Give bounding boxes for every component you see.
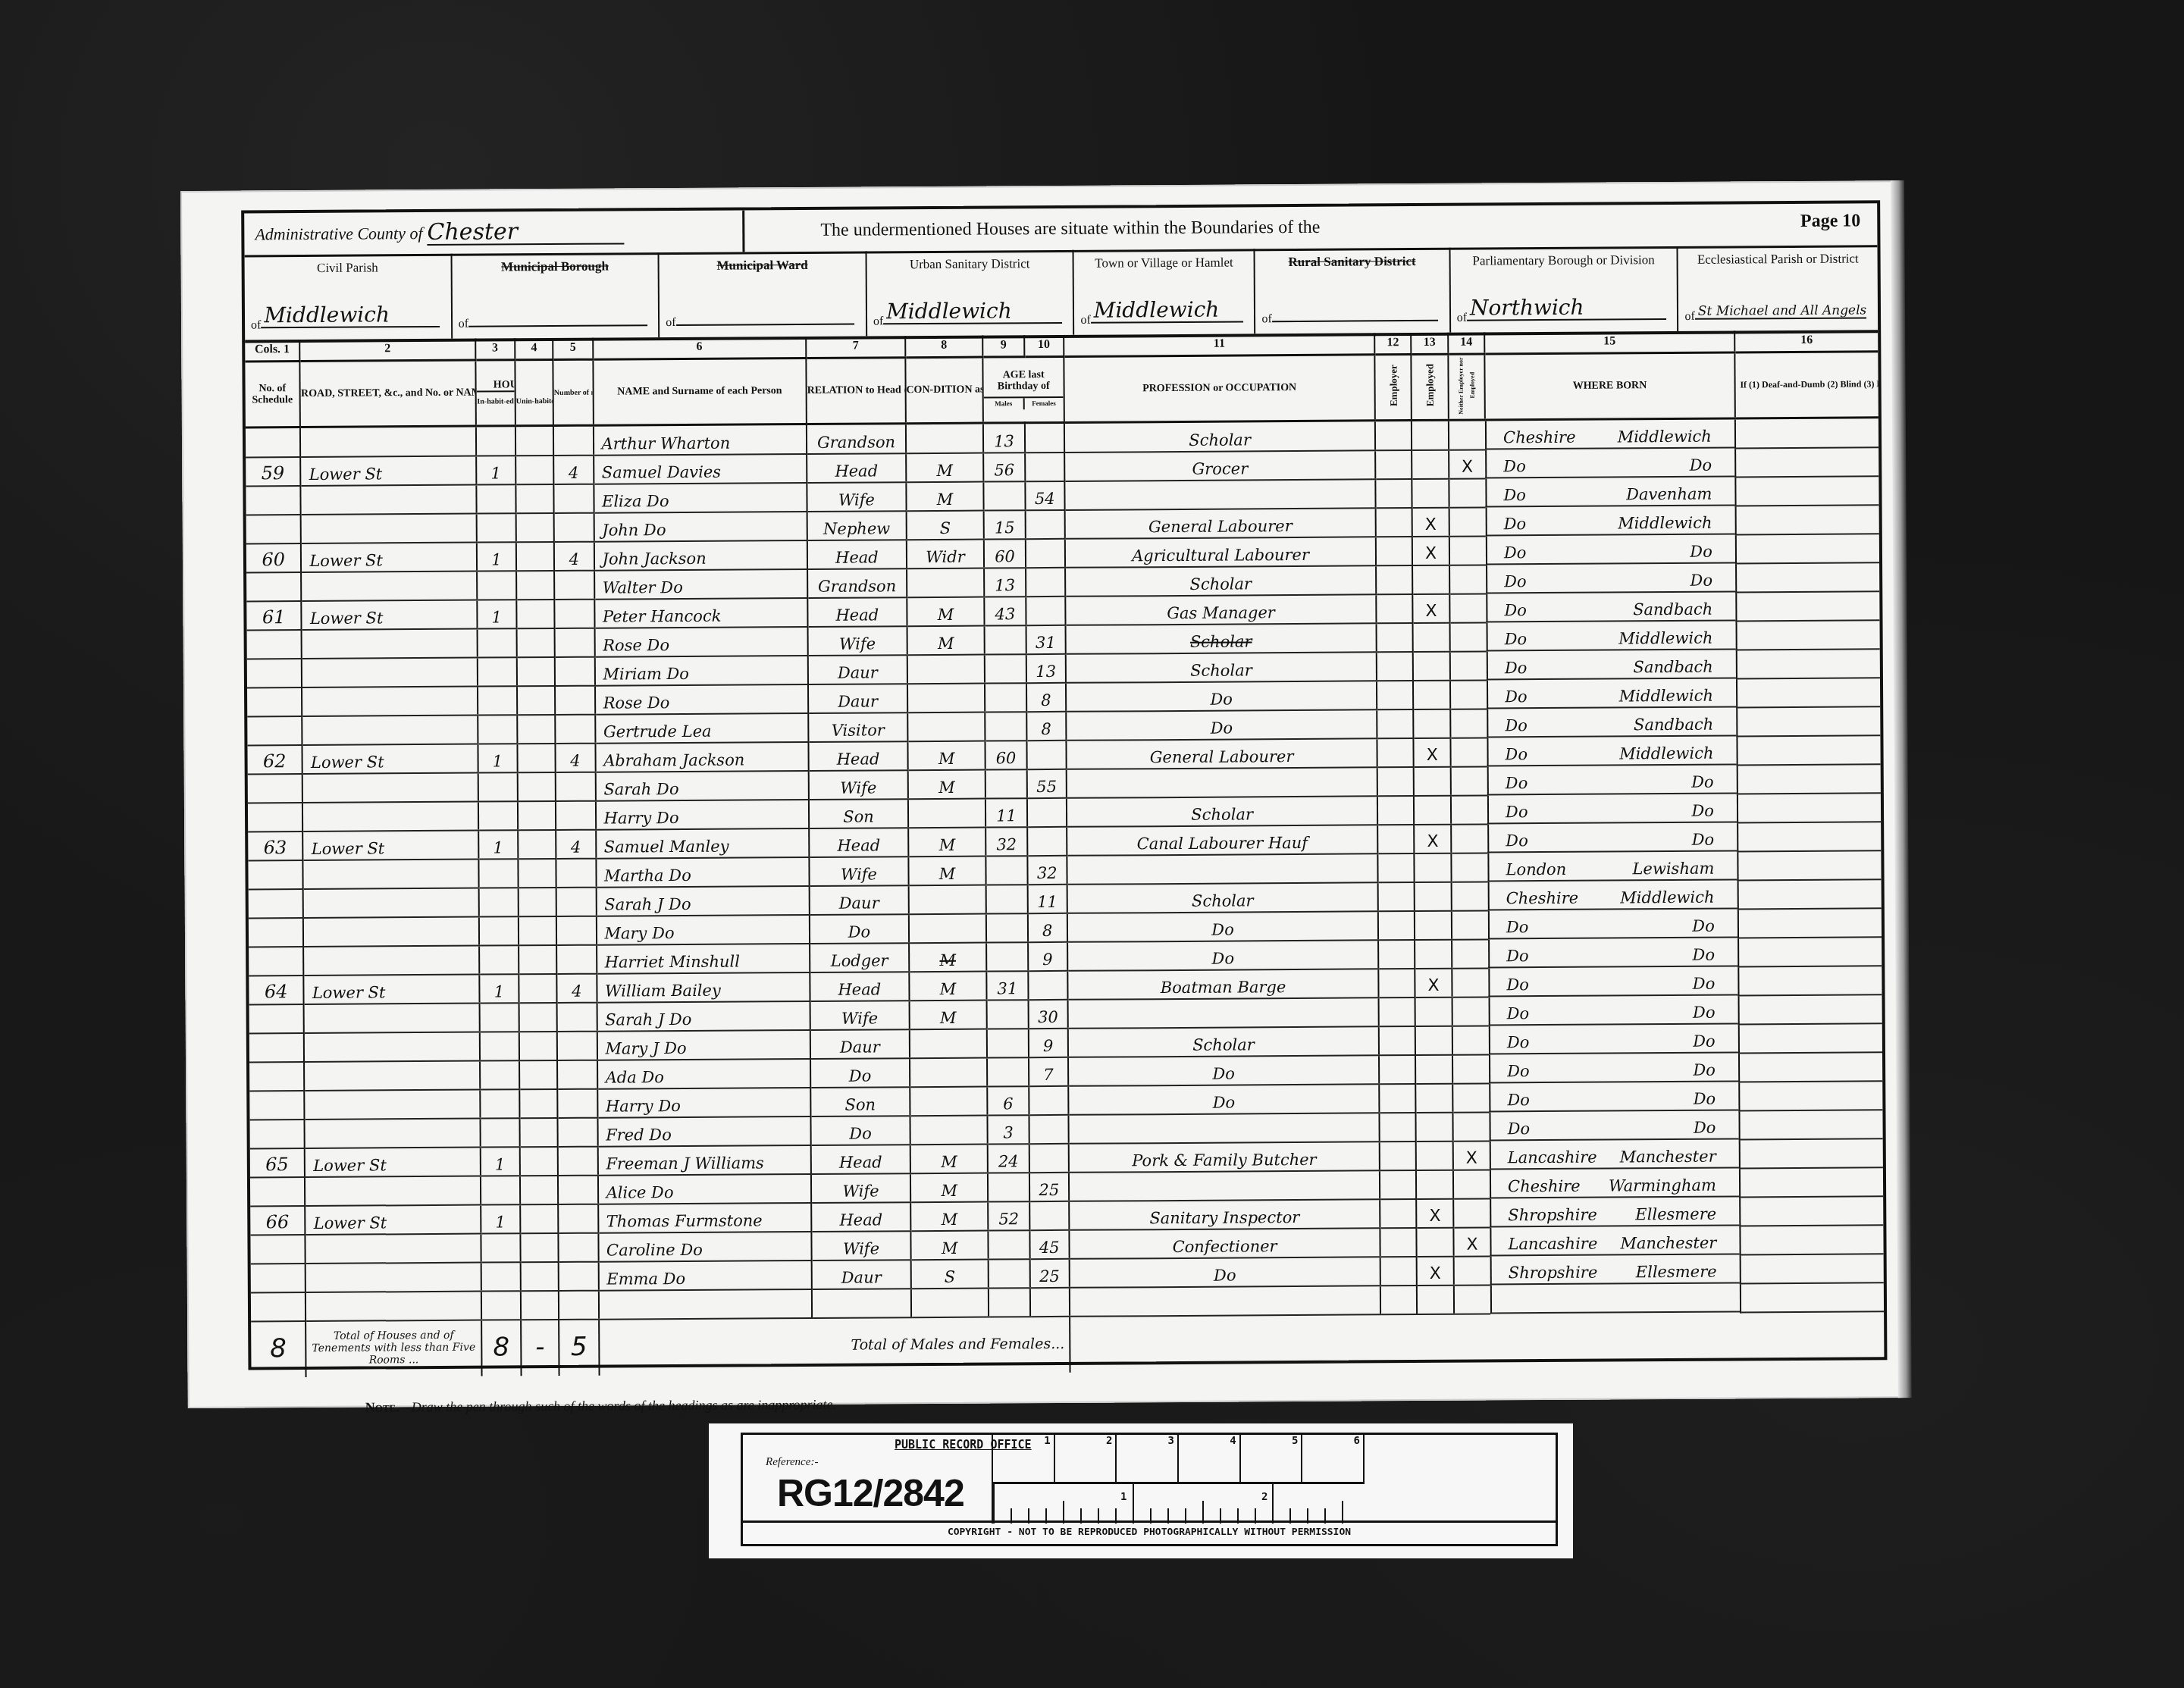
header-inhabited-label: In-habit-ed <box>477 397 513 406</box>
cell-occupation: Do <box>1066 709 1377 741</box>
cell-male-age: 60 <box>985 741 1027 769</box>
cell-neither <box>1452 939 1488 968</box>
born-county: London <box>1506 860 1566 878</box>
born-place: Middlewich <box>1618 628 1712 647</box>
cell-occupation: Scholar <box>1065 565 1377 597</box>
header-females: Females <box>1024 398 1063 409</box>
cell-schedule <box>249 1120 305 1148</box>
cell-road: Lower St <box>305 1147 481 1176</box>
cell-occupation: Scholar <box>1067 882 1379 913</box>
cell-neither <box>1449 507 1485 536</box>
cell-neither <box>1453 1256 1490 1285</box>
cell-employed <box>1415 1054 1452 1083</box>
cell-inhabited <box>480 1089 520 1118</box>
cell-male-age <box>987 1057 1029 1086</box>
cell-name: Harry Do <box>595 799 809 829</box>
cell-road <box>306 1233 481 1263</box>
cell-employed: X <box>1415 968 1452 997</box>
cell-uninhabited <box>515 484 553 512</box>
born-place: Manchester <box>1620 1147 1716 1166</box>
cell-neither: X <box>1453 1227 1490 1256</box>
cell-male-age: 6 <box>988 1086 1029 1115</box>
born-county: Cheshire <box>1506 888 1579 907</box>
cell-born: DoDo <box>1486 534 1735 565</box>
total-schedules: 8 <box>251 1321 306 1377</box>
header-occupation: PROFESSION or OCCUPATION <box>1064 354 1375 422</box>
cell-rooms: 4 <box>554 541 594 570</box>
cell-occupation <box>1067 997 1379 1029</box>
cell-female-age: 11 <box>1027 884 1067 913</box>
born-county: Do <box>1507 1091 1530 1109</box>
cell-employer <box>1379 1055 1415 1084</box>
cell-infirmity <box>1735 476 1878 506</box>
born-county: Do <box>1505 659 1528 677</box>
ruler-cm-mark: 3 <box>1117 1435 1179 1482</box>
cell-employer <box>1380 1228 1417 1257</box>
cell-inhabited: 1 <box>479 974 519 1003</box>
born-county: Do <box>1507 1033 1530 1051</box>
cell-schedule <box>249 1062 305 1091</box>
cell-uninhabited <box>515 455 553 484</box>
cell-inhabited <box>480 1118 520 1147</box>
of-label: of <box>459 318 468 330</box>
cell-relation: Nephew <box>807 511 907 540</box>
cell-female-age: 9 <box>1028 941 1068 970</box>
cell-occupation <box>1067 853 1378 885</box>
cell-employer <box>1377 652 1413 681</box>
cell-employer <box>1378 853 1415 882</box>
column-number: 7 <box>806 336 905 358</box>
district-civil-parish: Civil ParishofMiddlewich <box>245 254 453 340</box>
cell-condition: M <box>906 453 984 482</box>
copyright-notice: COPYRIGHT - NOT TO BE REPRODUCED PHOTOGR… <box>743 1520 1556 1544</box>
born-place: Warmingham <box>1609 1176 1716 1195</box>
cell-condition <box>907 568 985 597</box>
footnote: Note.—Draw the pen through such of the w… <box>365 1397 836 1416</box>
column-number: 16 <box>1734 330 1878 352</box>
born-place: Do <box>1690 456 1712 474</box>
born-place: Sandbach <box>1634 657 1713 676</box>
cell-female-age <box>1029 1201 1070 1229</box>
cell-rooms <box>557 1031 597 1060</box>
header-rooms: Number of rooms occupied if less than fi… <box>553 359 594 425</box>
cell-infirmity <box>1737 678 1880 707</box>
cell-infirmity <box>1737 706 1880 736</box>
ruler-inches: 12 <box>993 1483 1365 1524</box>
cell-inhabited <box>478 686 518 715</box>
born-county: Do <box>1504 543 1527 562</box>
born-place: Do <box>1691 772 1714 791</box>
cell-male-age <box>988 1173 1029 1201</box>
born-place: Do <box>1692 830 1715 848</box>
district-town-or-village-or-hamlet: Town or Village or HamletofMiddlewich <box>1074 249 1256 334</box>
cell-female-age <box>1025 422 1065 453</box>
cell-neither <box>1449 651 1486 680</box>
cell-inhabited <box>478 888 519 916</box>
boundary-text: The undermentioned Houses are situate wi… <box>820 218 1320 241</box>
cell-born: DoSandbach <box>1487 707 1736 738</box>
cell-rooms: 4 <box>553 455 594 484</box>
cell-born: LancashireManchester <box>1490 1226 1739 1256</box>
cell-infirmity <box>1739 1081 1882 1110</box>
cell-condition <box>907 712 985 741</box>
born-place: Do <box>1692 916 1715 935</box>
cell-employer <box>1380 1286 1417 1314</box>
cell-inhabited <box>479 945 519 974</box>
cell-inhabited <box>476 484 516 513</box>
ruler-cm-mark: 6 <box>1302 1435 1365 1482</box>
cell-rooms <box>555 685 595 714</box>
cell-male-age <box>989 1230 1030 1259</box>
cell-employed <box>1414 709 1450 738</box>
cell-name: Sarah J Do <box>597 1001 810 1031</box>
cell-schedule: 64 <box>249 976 304 1004</box>
cell-schedule <box>249 947 304 976</box>
cell-road <box>306 1291 481 1320</box>
cell-condition <box>908 798 986 828</box>
cell-road: Lower St <box>301 456 477 485</box>
header-neither: Neither Employer nor Employed <box>1448 353 1485 419</box>
cell-employed <box>1417 1285 1453 1314</box>
cell-condition <box>910 1086 988 1116</box>
page-number: Page 10 <box>1800 211 1860 231</box>
cell-condition <box>907 654 985 684</box>
cell-condition: S <box>906 510 984 540</box>
header-infirmity: If (1) Deaf-and-Dumb (2) Blind (3) Lunat… <box>1734 351 1878 418</box>
reference-label: PUBLIC RECORD OFFICE Reference:- RG12/28… <box>709 1423 1573 1558</box>
cell-condition <box>911 1288 989 1317</box>
cell-rooms <box>555 656 595 685</box>
cell-condition: M <box>910 1144 988 1173</box>
cell-inhabited <box>481 1233 521 1262</box>
cell-infirmity <box>1736 620 1879 650</box>
cell-male-age: 60 <box>984 539 1026 568</box>
cell-employer <box>1376 479 1412 508</box>
administrative-county-label: Administrative County of <box>255 224 422 244</box>
cell-road <box>306 1262 481 1292</box>
total-persons-label: Total of Males and Females... <box>599 1316 1070 1375</box>
cell-female-age <box>1029 1287 1070 1316</box>
cell-born: ShropshireEllesmere <box>1490 1197 1739 1227</box>
cell-infirmity <box>1738 966 1882 995</box>
cell-occupation: Do <box>1066 681 1377 712</box>
cell-rooms: 4 <box>557 973 597 1002</box>
cell-road <box>303 888 479 917</box>
district-of: ofSt Michael and All Angels Middlewich <box>1684 304 1870 323</box>
cell-uninhabited <box>516 599 554 628</box>
cell-name: Rose Do <box>594 626 808 656</box>
cell-inhabited: 1 <box>481 1204 521 1233</box>
cell-employer <box>1377 767 1414 796</box>
cell-male-age: 3 <box>988 1115 1029 1144</box>
district-row: Civil ParishofMiddlewichMunicipal Boroug… <box>245 245 1878 343</box>
census-form: Administrative County of Chester The und… <box>241 200 1887 1370</box>
column-number: 6 <box>593 337 807 359</box>
cell-name: Harriet Minshull <box>597 943 810 973</box>
cell-road <box>304 1060 480 1090</box>
district-label: Ecclesiastical Parish or District <box>1678 251 1878 267</box>
cell-road <box>303 859 479 888</box>
cell-condition: M <box>910 1173 989 1202</box>
cell-employer <box>1379 1084 1415 1113</box>
cell-condition: M <box>907 769 985 799</box>
born-place: Middlewich <box>1619 744 1713 763</box>
cell-female-age <box>1027 797 1067 826</box>
cell-occupation <box>1068 1113 1380 1144</box>
cell-born: DoDo <box>1489 1110 1738 1141</box>
header-employed-label: Employed <box>1424 364 1436 406</box>
cell-employed <box>1416 1112 1452 1141</box>
cell-schedule <box>247 716 302 745</box>
cell-male-age: 56 <box>983 453 1025 481</box>
cell-uninhabited <box>518 772 556 800</box>
ruler-cm-mark: 4 <box>1179 1435 1241 1482</box>
cell-inhabited <box>478 801 519 830</box>
cell-neither <box>1452 997 1488 1026</box>
reference-number: RG12/2842 <box>777 1471 964 1515</box>
header-name: NAME and Surname of each Person <box>593 358 807 425</box>
cell-occupation: Do <box>1067 940 1379 971</box>
born-place: Middlewich <box>1620 888 1714 907</box>
cell-rooms <box>557 1060 597 1088</box>
header-males: Males <box>984 398 1024 409</box>
column-number: 3 <box>475 338 515 359</box>
cell-neither <box>1452 968 1488 997</box>
cell-condition: M <box>908 856 986 885</box>
cell-name: Emma Do <box>598 1260 812 1290</box>
cell-neither <box>1453 1198 1490 1227</box>
cell-employed: X <box>1417 1256 1453 1285</box>
cell-name: Martha Do <box>596 857 810 887</box>
cell-employer <box>1376 508 1412 537</box>
cell-occupation: Do <box>1067 911 1379 942</box>
cell-relation: Do <box>811 1116 910 1145</box>
cell-inhabited <box>479 1003 519 1032</box>
cell-employed <box>1413 680 1449 709</box>
cell-rooms <box>555 599 595 628</box>
born-county: Do <box>1507 1004 1530 1023</box>
cell-infirmity <box>1735 417 1878 448</box>
cell-rooms <box>556 887 597 916</box>
cell-born: DoDo <box>1488 909 1737 939</box>
cell-infirmity <box>1741 1282 1884 1312</box>
cell-uninhabited <box>519 973 556 1002</box>
cell-neither <box>1454 1285 1490 1314</box>
cell-neither <box>1452 1026 1488 1054</box>
column-number: 10 <box>1024 335 1064 356</box>
cell-female-age <box>1027 826 1067 855</box>
total-rooms: 5 <box>559 1319 599 1375</box>
cell-infirmity <box>1737 850 1881 880</box>
cell-employer <box>1378 911 1415 940</box>
cell-rooms <box>556 800 596 829</box>
cell-relation: Lodger <box>810 943 909 972</box>
cell-road <box>303 945 479 975</box>
cell-name <box>598 1289 812 1319</box>
cell-uninhabited <box>517 743 555 772</box>
cell-occupation: Do <box>1068 1055 1380 1086</box>
cell-infirmity <box>1737 793 1881 822</box>
header-relation: RELATION to Head of Family <box>806 357 905 424</box>
cell-relation: Head <box>809 828 908 857</box>
cell-uninhabited <box>519 916 556 944</box>
ruler-tick <box>1272 1483 1274 1524</box>
cell-road: Lower St <box>301 542 477 572</box>
cell-male-age: 24 <box>988 1144 1029 1173</box>
ruler-tick <box>1133 1483 1134 1524</box>
cell-relation: Head <box>809 741 908 771</box>
cell-condition <box>906 423 984 453</box>
ruler-inch-number: 2 <box>1261 1491 1267 1503</box>
born-county: Do <box>1507 1062 1530 1080</box>
cell-employer <box>1376 537 1412 565</box>
cell-inhabited <box>480 1060 520 1089</box>
cell-inhabited: 1 <box>477 542 517 571</box>
administrative-county: Administrative County of Chester <box>244 210 744 255</box>
cell-neither <box>1449 593 1486 622</box>
district-municipal-borough: Municipal Boroughof <box>452 252 660 339</box>
cell-condition: M <box>909 1000 987 1029</box>
cell-employer <box>1380 1142 1416 1170</box>
born-county: Do <box>1505 630 1528 648</box>
cell-relation: Daur <box>808 684 907 713</box>
totals-row: 8 Total of Houses and of Tenements with … <box>251 1311 1884 1377</box>
cell-born <box>1490 1283 1740 1314</box>
cell-uninhabited <box>519 1088 557 1117</box>
cell-female-age <box>1026 740 1067 769</box>
cell-rooms <box>558 1204 598 1232</box>
cell-condition: M <box>907 741 985 770</box>
cell-neither <box>1451 824 1487 853</box>
cell-employer <box>1377 738 1414 767</box>
cell-schedule <box>247 687 302 716</box>
cell-female-age <box>1028 970 1068 999</box>
cell-rooms <box>556 772 596 800</box>
cell-neither <box>1451 853 1487 882</box>
cell-inhabited <box>479 1032 519 1060</box>
cell-male-age <box>986 942 1028 971</box>
cell-relation: Head <box>811 1145 910 1174</box>
administrative-county-value: Chester <box>427 220 624 246</box>
born-place: Do <box>1693 1032 1716 1050</box>
cell-neither <box>1452 910 1488 939</box>
cell-neither <box>1449 536 1486 565</box>
cell-schedule <box>248 803 303 831</box>
cell-employed: X <box>1413 593 1449 622</box>
cell-condition <box>907 683 985 712</box>
cell-employer <box>1377 681 1413 709</box>
header-where-born: WHERE BORN <box>1484 352 1734 419</box>
of-label: of <box>1684 310 1694 323</box>
cell-neither: X <box>1452 1141 1489 1170</box>
cell-female-age: 25 <box>1029 1172 1070 1201</box>
district-value <box>1272 320 1438 322</box>
cell-employer <box>1376 565 1412 594</box>
born-county: Do <box>1506 831 1528 850</box>
cell-infirmity <box>1737 879 1881 909</box>
born-place: Do <box>1690 542 1712 560</box>
cell-born: DoDo <box>1489 995 1738 1026</box>
cell-schedule <box>247 630 302 659</box>
born-place: Manchester <box>1620 1233 1716 1252</box>
cell-occupation: Confectioner <box>1069 1228 1380 1259</box>
cell-employed: X <box>1412 507 1449 536</box>
cell-occupation: Scholar <box>1067 796 1378 827</box>
cell-condition: M <box>910 1230 989 1260</box>
cell-condition: M <box>909 942 987 972</box>
cell-neither <box>1452 1083 1489 1112</box>
born-county: Do <box>1504 515 1527 533</box>
born-place: Do <box>1693 1060 1716 1079</box>
cell-name: Rose Do <box>594 684 808 714</box>
cell-name: John Do <box>594 511 807 541</box>
cell-employed <box>1414 795 1450 824</box>
district-ecclesiastical-parish-or-district: Ecclesiastical Parish or DistrictofSt Mi… <box>1678 245 1878 331</box>
cell-occupation: Scholar <box>1064 420 1376 452</box>
district-label: Town or Village or Hamlet <box>1074 255 1254 270</box>
cell-relation: Head <box>811 1202 910 1232</box>
born-place: Lewisham <box>1632 859 1714 878</box>
cell-female-age <box>1025 538 1065 567</box>
cell-rooms: 4 <box>556 743 596 772</box>
cell-uninhabited <box>518 829 556 858</box>
cell-road <box>302 686 478 716</box>
cell-female-age <box>1026 596 1066 625</box>
cell-rooms <box>557 1002 597 1031</box>
cell-name: Ada Do <box>597 1058 811 1088</box>
cell-infirmity <box>1740 1167 1883 1197</box>
cell-uninhabited <box>518 858 556 887</box>
cell-inhabited <box>477 571 517 600</box>
cell-condition: M <box>910 1201 989 1231</box>
district-of: ofMiddlewich <box>873 299 1066 329</box>
of-label: of <box>873 315 883 327</box>
cell-male-age <box>986 913 1028 942</box>
born-place: Middlewich <box>1618 513 1712 532</box>
cell-uninhabited <box>519 887 556 916</box>
cell-name: William Bailey <box>597 972 810 1002</box>
cell-condition: M <box>907 597 985 626</box>
cell-employer <box>1377 623 1413 652</box>
cell-employer <box>1378 882 1415 911</box>
cell-rooms <box>554 484 594 512</box>
cell-uninhabited <box>519 1117 557 1146</box>
cell-born: ShropshireEllesmere <box>1490 1254 1740 1285</box>
cell-employer <box>1377 825 1414 853</box>
cell-employed: X <box>1412 536 1449 565</box>
cell-condition <box>909 913 987 943</box>
cell-relation: Head <box>810 972 909 1001</box>
born-county: Do <box>1505 687 1528 706</box>
cell-schedule <box>248 774 303 803</box>
cell-occupation <box>1069 1170 1380 1201</box>
cell-inhabited <box>481 1291 522 1320</box>
cell-uninhabited <box>516 570 554 599</box>
cell-male-age: 52 <box>989 1201 1030 1230</box>
column-number: Cols. 1 <box>245 340 300 361</box>
cell-road <box>302 772 478 802</box>
cell-occupation: Grocer <box>1064 450 1376 481</box>
cell-name: Arthur Wharton <box>593 424 807 455</box>
cell-female-age <box>1029 1114 1069 1143</box>
cell-employed: X <box>1417 1198 1453 1227</box>
cell-born: DoMiddlewich <box>1487 621 1736 651</box>
cell-male-age <box>987 1029 1029 1057</box>
born-place: Middlewich <box>1618 427 1712 446</box>
cell-relation: Grandson <box>807 568 907 598</box>
cell-relation: Head <box>807 540 907 569</box>
district-of: ofMiddlewich <box>251 303 443 333</box>
